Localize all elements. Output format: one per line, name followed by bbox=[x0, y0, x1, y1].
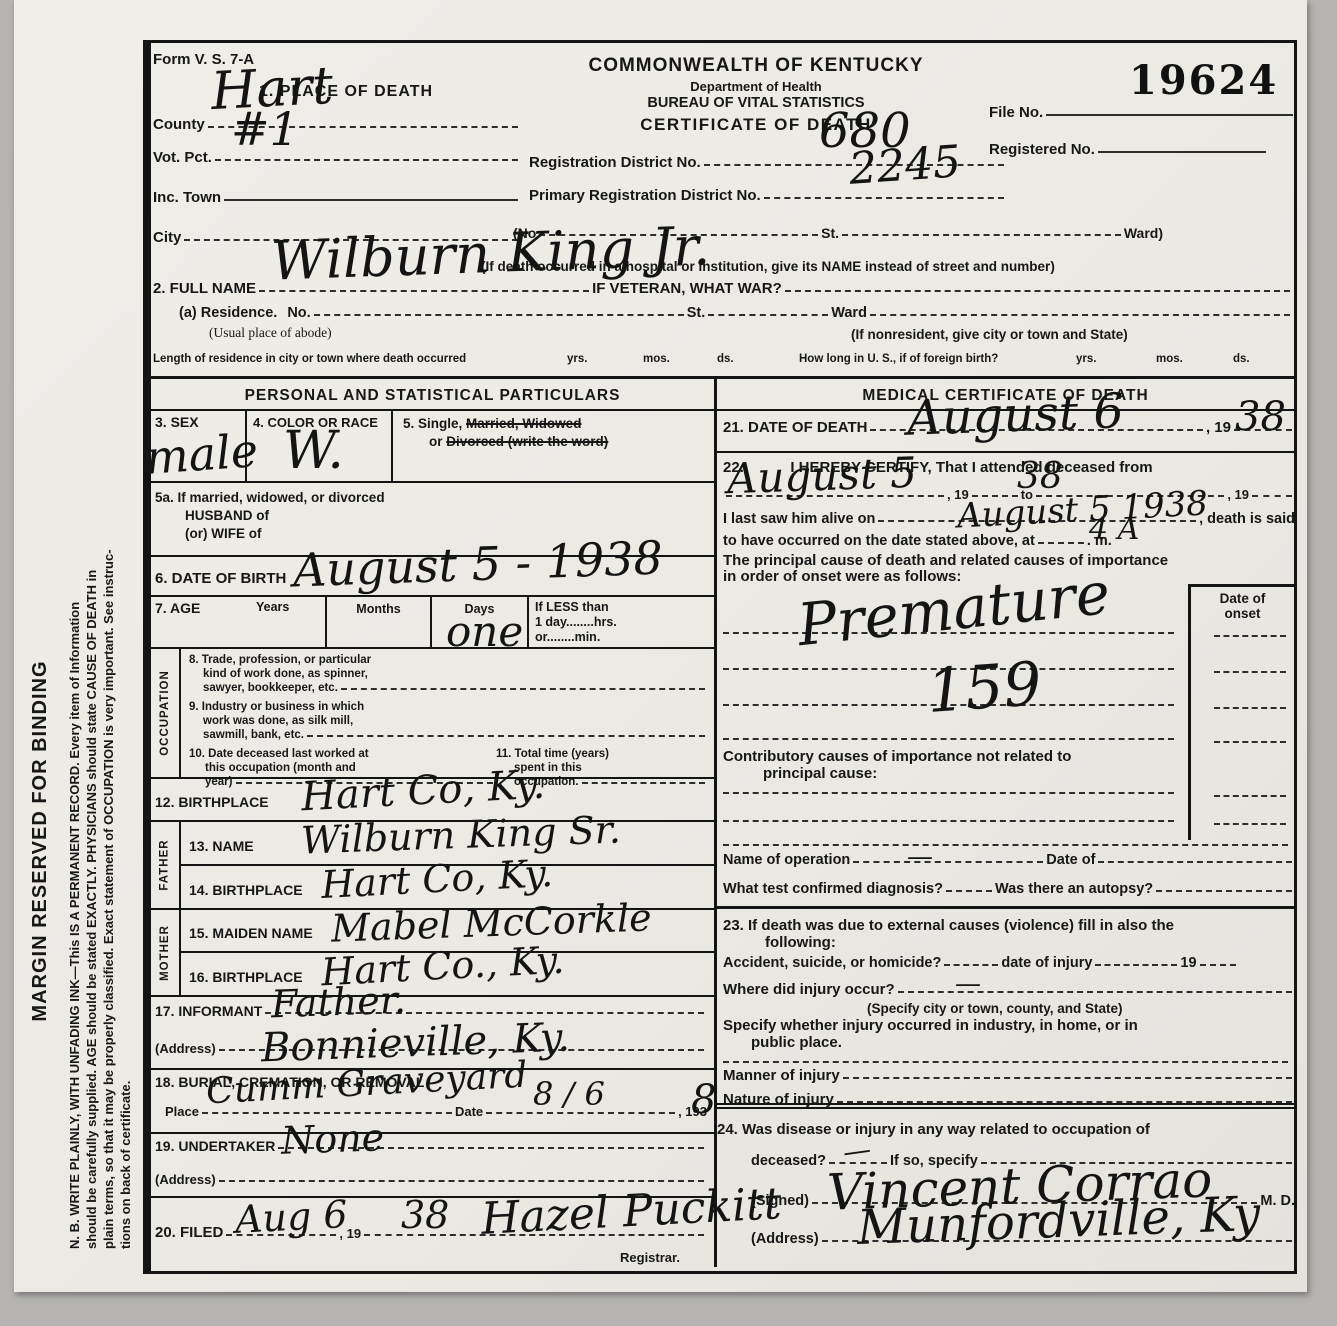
age-less-cell: If LESS than 1 day........hrs. or.......… bbox=[527, 597, 714, 647]
st-label: St. bbox=[821, 225, 839, 241]
cause-code-handwriting: 159 bbox=[925, 654, 1043, 722]
residence-ward-line bbox=[870, 312, 1290, 316]
where-injury-value-handwriting: — bbox=[955, 971, 981, 997]
r5a-line1: 5a. If married, widowed, or divorced bbox=[155, 489, 714, 507]
vot-pct-value-handwriting: #1 bbox=[231, 106, 299, 152]
father-name-label: 13. NAME bbox=[189, 838, 254, 854]
physician-address-handwriting: Munfordville, Ky bbox=[856, 1190, 1261, 1252]
manner-fill bbox=[843, 1075, 1292, 1079]
margin-note: N. B. WRITE PLAINLY, WITH UNFADING INK—T… bbox=[66, 81, 136, 1249]
certificate-title: CERTIFICATE OF DEATH bbox=[526, 115, 986, 135]
operation-line: Name of operation Date of bbox=[723, 852, 1294, 868]
father-strip: FATHER bbox=[151, 822, 181, 908]
sex-cell: 3. SEX male bbox=[151, 411, 247, 481]
death-said-text: , death is said bbox=[1199, 511, 1294, 527]
length-yrs: yrs. bbox=[567, 353, 587, 365]
personal-title-text: PERSONAL AND STATISTICAL PARTICULARS bbox=[245, 387, 621, 404]
onset-label-2: onset bbox=[1191, 606, 1294, 621]
blank-line bbox=[723, 1061, 1288, 1063]
occupation-strip-label: OCCUPATION bbox=[159, 670, 171, 756]
accident-label: Accident, suicide, or homicide? bbox=[723, 955, 941, 971]
age-row: 7. AGE Years Months Days one If LESS tha… bbox=[151, 597, 714, 649]
registered-number-field: Registered No. bbox=[989, 132, 1269, 158]
residence-label: (a) Residence. bbox=[179, 305, 277, 321]
margin-note-line: plain terms, so that it may be properly … bbox=[100, 81, 117, 1249]
autopsy-fill bbox=[1156, 888, 1292, 892]
operation-label: Name of operation bbox=[723, 852, 850, 868]
undertaker-value-handwriting: None bbox=[280, 1118, 384, 1160]
inc-town-label: Inc. Town bbox=[153, 189, 221, 206]
contributory-line bbox=[723, 792, 1174, 794]
nature-fill bbox=[837, 1099, 1292, 1103]
item8-line2: kind of work done, as spinner, bbox=[189, 667, 708, 681]
r5a-line2: HUSBAND of bbox=[155, 507, 714, 525]
burial-date-value-handwriting: 8 / 6 bbox=[533, 1078, 605, 1110]
mother-birthplace-row: 16. BIRTHPLACE Hart Co., Ky. bbox=[181, 953, 714, 995]
undertaker-label: 19. UNDERTAKER bbox=[155, 1138, 275, 1154]
father-birthplace-value-handwriting: Hart Co, Ky. bbox=[320, 854, 554, 904]
marital-struck-1: Married, Widowed bbox=[466, 416, 581, 431]
item9-line3-text: sawmill, bank, etc. bbox=[203, 728, 304, 742]
certificate-form: Form V. S. 7-A 1. PLACE OF DEATH County … bbox=[143, 40, 1297, 1274]
specify-whether-line2: public place. bbox=[751, 1034, 842, 1051]
bureau-subtitle: BUREAU OF VITAL STATISTICS bbox=[526, 95, 986, 111]
test-label: What test confirmed diagnosis? bbox=[723, 881, 943, 897]
item8-line3: sawyer, bookkeeper, etc. bbox=[189, 681, 708, 695]
undertaker-address-line: (Address) bbox=[155, 1172, 707, 1187]
specify-city-note: (Specify city or town, county, and State… bbox=[867, 1001, 1123, 1016]
cause-of-death-handwriting: Premature bbox=[795, 564, 1113, 654]
length-ds: ds. bbox=[717, 353, 734, 365]
filed-year-handwriting: 38 bbox=[401, 1196, 449, 1234]
onset-stub bbox=[1214, 795, 1286, 797]
personal-title: PERSONAL AND STATISTICAL PARTICULARS bbox=[151, 379, 714, 411]
age-years-label: Years bbox=[256, 600, 289, 614]
item8-fill bbox=[341, 686, 705, 690]
length-mos2: mos. bbox=[1156, 353, 1183, 365]
inc-town-line bbox=[224, 197, 518, 201]
item11-line1: 11. Total time (years) bbox=[496, 747, 708, 761]
operation-value-handwriting: — bbox=[907, 844, 933, 870]
test-autopsy-row: What test confirmed diagnosis? Was there… bbox=[717, 879, 1294, 909]
dob-value-handwriting: August 5 - 1938 bbox=[292, 535, 663, 594]
operation-date-fill bbox=[1098, 859, 1292, 863]
primary-registration-label: Primary Registration District No. bbox=[529, 187, 761, 204]
contributory-line bbox=[723, 820, 1174, 822]
commonwealth-title: COMMONWEALTH OF KENTUCKY bbox=[526, 55, 986, 77]
physician-address-label: (Address) bbox=[751, 1231, 819, 1247]
test-fill bbox=[946, 888, 992, 892]
abode-note: (Usual place of abode) bbox=[209, 325, 332, 341]
marital-pre: 5. Single, bbox=[403, 416, 462, 431]
attended-from-year-handwriting: 38 bbox=[1017, 459, 1063, 495]
dod-year-prefix: , 19 bbox=[1206, 419, 1231, 436]
occurred-time-fill bbox=[1038, 540, 1084, 544]
specify-whether-line1: Specify whether injury occurred in indus… bbox=[723, 1017, 1138, 1034]
marital-cell: 5. Single, Married, Widowed or Divorced … bbox=[393, 411, 714, 481]
item24-line1: 24. Was disease or injury in any way rel… bbox=[717, 1121, 1150, 1138]
dod-year-handwriting: 38 bbox=[1235, 397, 1286, 437]
undertaker-line: 19. UNDERTAKER bbox=[155, 1138, 707, 1154]
file-no-label: File No. bbox=[989, 104, 1043, 121]
full-name-value-handwriting: Wilburn King Jr. bbox=[270, 219, 711, 288]
st-line bbox=[842, 232, 1121, 236]
age-months-label: Months bbox=[356, 602, 400, 616]
primary-registration-value-handwriting: 2245 bbox=[848, 140, 963, 192]
mother-strip: MOTHER bbox=[151, 910, 181, 995]
item8-line3-text: sawyer, bookkeeper, etc. bbox=[203, 681, 338, 695]
residence-ward-label: Ward bbox=[831, 305, 867, 321]
registration-district-label: Registration District No. bbox=[529, 154, 701, 171]
age-months-cell: Months bbox=[325, 597, 430, 647]
attended-from-handwriting: August 5 bbox=[726, 452, 917, 501]
where-injury-line: Where did injury occur? bbox=[723, 981, 1294, 998]
filed-row: 20. FILED , 19 Aug 6 38 Hazel Puckitt Re… bbox=[151, 1198, 714, 1273]
onset-stub bbox=[1214, 707, 1286, 709]
age-less-2: 1 day........hrs. bbox=[535, 615, 714, 630]
occupation-content: 8. Trade, profession, or particular kind… bbox=[181, 649, 714, 777]
undertaker-address-label: (Address) bbox=[155, 1172, 216, 1187]
test-line: What test confirmed diagnosis? Was there… bbox=[723, 881, 1294, 897]
filed-date-handwriting: Aug 6 bbox=[234, 1195, 348, 1239]
primary-registration-field: Primary Registration District No. 2245 bbox=[529, 180, 1007, 204]
date-of-onset-box: Date of onset bbox=[1188, 584, 1294, 840]
vot-pct-line bbox=[215, 157, 518, 161]
residence-st-line bbox=[708, 312, 828, 316]
item9-line2: work was done, as silk mill, bbox=[189, 714, 708, 728]
onset-stub bbox=[1214, 635, 1286, 637]
burial-row: 18. BURIAL, CREMATION, OR REMOVAL Place … bbox=[151, 1070, 714, 1134]
residence-no-line bbox=[314, 312, 684, 316]
age-days-value-handwriting: one bbox=[446, 611, 523, 653]
mother-content: 15. MAIDEN NAME Mabel McCorkle 16. BIRTH… bbox=[181, 910, 714, 995]
item23-line2: following: bbox=[765, 934, 836, 951]
occupation-relation-block: 24. Was disease or injury in any way rel… bbox=[717, 1109, 1294, 1267]
age-label: 7. AGE bbox=[155, 600, 200, 616]
item9-line3: sawmill, bank, etc. bbox=[189, 728, 708, 742]
nature-label: Nature of injury bbox=[723, 1091, 834, 1108]
certify-block: 22. I HEREBY CERTIFY, That I attended de… bbox=[717, 453, 1294, 576]
occupation-strip: OCCUPATION bbox=[151, 649, 181, 777]
file-number-value: 19624 bbox=[1129, 61, 1278, 101]
attended-to-year-fill bbox=[1252, 493, 1292, 497]
length-left-label: Length of residence in city or town wher… bbox=[153, 353, 466, 365]
mother-maiden-label: 15. MAIDEN NAME bbox=[189, 925, 313, 941]
file-number-field: File No. 19624 bbox=[989, 93, 1296, 121]
registered-no-label: Registered No. bbox=[989, 141, 1095, 158]
attended-to-prefix: , 19 bbox=[1227, 487, 1249, 502]
dod-value-handwriting: August 6 bbox=[906, 387, 1124, 443]
residence-field: (a) Residence. No. St. Ward bbox=[179, 297, 1293, 321]
item23-line1: 23. If death was due to external causes … bbox=[723, 917, 1174, 934]
external-causes-block: 23. If death was due to external causes … bbox=[717, 909, 1294, 1109]
burial-place-label: Place bbox=[165, 1104, 199, 1119]
contributory-line2: principal cause: bbox=[763, 765, 877, 782]
father-strip-label: FATHER bbox=[159, 839, 171, 890]
occupation-block: OCCUPATION 8. Trade, profession, or part… bbox=[151, 649, 714, 779]
personal-particulars-column: PERSONAL AND STATISTICAL PARTICULARS 3. … bbox=[151, 379, 717, 1267]
marital-or: or bbox=[429, 434, 443, 449]
agency-header: COMMONWEALTH OF KENTUCKY Department of H… bbox=[526, 55, 986, 135]
accident-fill bbox=[944, 962, 998, 966]
full-name-field: 2. FULL NAME IF VETERAN, WHAT WAR? Wilbu… bbox=[153, 271, 1293, 297]
age-days-cell: Days one bbox=[430, 597, 527, 647]
mother-strip-label: MOTHER bbox=[159, 925, 171, 981]
sex-race-marital-row: 3. SEX male 4. COLOR OR RACE W. 5. Singl… bbox=[151, 411, 714, 483]
onset-stub bbox=[1214, 823, 1286, 825]
voting-precinct-field: Vot. Pct. #1 bbox=[153, 142, 521, 166]
file-no-line bbox=[1046, 112, 1293, 116]
binding-margin-text: MARGIN RESERVED FOR BINDING bbox=[29, 426, 55, 1256]
age-less-1: If LESS than bbox=[535, 600, 714, 615]
informant-address-label: (Address) bbox=[155, 1041, 216, 1056]
length-yrs2: yrs. bbox=[1076, 353, 1096, 365]
city-label: City bbox=[153, 229, 181, 246]
item10-line1: 10. Date deceased last worked at bbox=[189, 747, 496, 761]
burial-year-value-handwriting: 8 bbox=[691, 1080, 716, 1120]
cause-of-death-area: Date of onset Premature 159 Contributory… bbox=[717, 576, 1294, 846]
residence-no-label: No. bbox=[287, 305, 310, 321]
margin-note-line: tions on back of certificate. bbox=[117, 81, 134, 1249]
item9-fill bbox=[307, 733, 705, 737]
date-of-death-row: 21. DATE OF DEATH , 19 August 6 38 bbox=[717, 411, 1294, 453]
county-label: County bbox=[153, 116, 205, 133]
cause-line bbox=[723, 738, 1174, 740]
medical-certificate-column: MEDICAL CERTIFICATE OF DEATH 21. DATE OF… bbox=[717, 379, 1294, 1267]
race-value-handwriting: W. bbox=[283, 425, 344, 477]
vot-pct-label: Vot. Pct. bbox=[153, 149, 212, 166]
onset-stub bbox=[1214, 741, 1286, 743]
sex-value-handwriting: male bbox=[144, 427, 260, 481]
margin-note-line: N. B. WRITE PLAINLY, WITH UNFADING INK—T… bbox=[66, 81, 83, 1249]
veteran-line bbox=[785, 288, 1290, 292]
date-of-birth-row: 6. DATE OF BIRTH August 5 - 1938 bbox=[151, 557, 714, 597]
nonresident-note: (If nonresident, give city or town and S… bbox=[851, 327, 1128, 342]
dod-label: 21. DATE OF DEATH bbox=[723, 419, 867, 436]
mother-maiden-value-handwriting: Mabel McCorkle bbox=[330, 898, 652, 947]
informant-line: 17. INFORMANT bbox=[155, 1003, 707, 1019]
undertaker-address-fill bbox=[219, 1178, 704, 1182]
mother-block: MOTHER 15. MAIDEN NAME Mabel McCorkle 16… bbox=[151, 910, 714, 997]
length-right-label: How long in U. S., if of foreign birth? bbox=[799, 353, 998, 365]
dob-label: 6. DATE OF BIRTH bbox=[155, 570, 286, 587]
age-less-3: or........min. bbox=[535, 630, 714, 645]
age-cell: 7. AGE Years bbox=[151, 597, 325, 647]
birthplace-label: 12. BIRTHPLACE bbox=[155, 794, 269, 810]
residence-st-label: St. bbox=[687, 305, 706, 321]
form-header: Form V. S. 7-A 1. PLACE OF DEATH County … bbox=[151, 43, 1294, 376]
md-label: M. D. bbox=[1260, 1193, 1294, 1209]
burial-date-label: Date bbox=[455, 1104, 483, 1119]
father-name-value-handwriting: Wilburn King Sr. bbox=[300, 810, 621, 859]
length-of-residence-row: Length of residence in city or town wher… bbox=[151, 353, 1297, 373]
informant-value-handwriting: Father. bbox=[270, 981, 406, 1024]
where-injury-label: Where did injury occur? bbox=[723, 981, 895, 998]
father-birthplace-label: 14. BIRTHPLACE bbox=[189, 882, 303, 898]
registrar-label: Registrar. bbox=[620, 1250, 680, 1265]
veteran-label: IF VETERAN, WHAT WAR? bbox=[592, 280, 782, 297]
accident-line: Accident, suicide, or homicide? date of … bbox=[723, 955, 1294, 971]
manner-line: Manner of injury bbox=[723, 1067, 1294, 1084]
operation-row: Name of operation Date of — bbox=[717, 846, 1294, 879]
informant-label: 17. INFORMANT bbox=[155, 1003, 262, 1019]
operation-fill bbox=[853, 859, 1043, 863]
injury-19-label: 19 bbox=[1180, 955, 1196, 971]
occurred-text: to have occurred on the date stated abov… bbox=[723, 533, 1035, 549]
operation-date-label: Date of bbox=[1046, 852, 1095, 868]
date-of-injury-label: date of injury bbox=[1001, 955, 1092, 971]
injury-19-fill bbox=[1200, 962, 1236, 966]
autopsy-label: Was there an autopsy? bbox=[995, 881, 1153, 897]
deceased-label: deceased? bbox=[751, 1153, 826, 1169]
length-mos: mos. bbox=[643, 353, 670, 365]
inc-town-field: Inc. Town bbox=[153, 182, 521, 206]
onset-label-1: Date of bbox=[1191, 591, 1294, 606]
margin-note-line: should be carefully supplied. AGE should… bbox=[83, 81, 100, 1249]
item9-line1: 9. Industry or business in which bbox=[189, 700, 708, 714]
last-saw-label: I last saw him alive on bbox=[723, 511, 875, 527]
primary-registration-line bbox=[764, 195, 1004, 199]
registered-no-line bbox=[1098, 149, 1266, 153]
contributory-line1: Contributory causes of importance not re… bbox=[723, 748, 1071, 765]
date-of-injury-fill bbox=[1095, 962, 1177, 966]
department-subtitle: Department of Health bbox=[526, 79, 986, 94]
length-ds2: ds. bbox=[1233, 353, 1250, 365]
full-name-label: 2. FULL NAME bbox=[153, 280, 256, 297]
occurred-time-handwriting: 4 A bbox=[1089, 515, 1139, 545]
county-field: County Hart bbox=[153, 109, 521, 133]
birthplace-value-handwriting: Hart Co, Ky. bbox=[300, 765, 546, 818]
onset-stub bbox=[1214, 671, 1286, 673]
manner-label: Manner of injury bbox=[723, 1067, 840, 1084]
nature-line: Nature of injury bbox=[723, 1091, 1294, 1108]
filed-label: 20. FILED bbox=[155, 1224, 223, 1241]
race-cell: 4. COLOR OR RACE W. bbox=[247, 411, 393, 481]
marital-struck-2: Divorced (write the word) bbox=[446, 434, 608, 449]
ward-label: Ward) bbox=[1124, 225, 1163, 241]
